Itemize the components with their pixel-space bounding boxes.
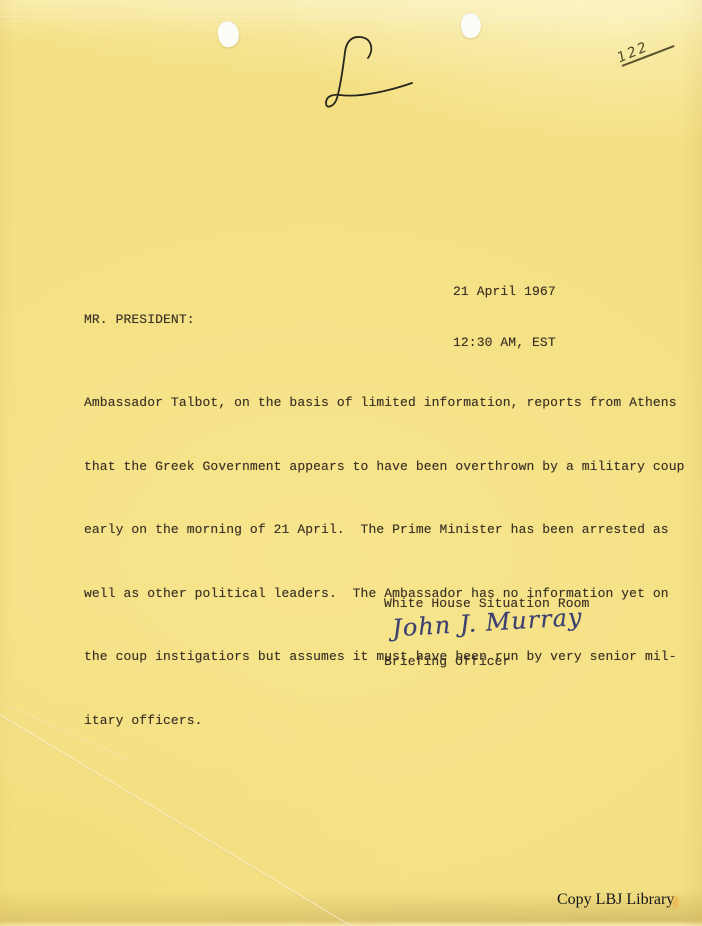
handwritten-l-mark: [300, 30, 420, 120]
memo-page: 122 21 April 1967 12:30 AM, EST MR. PRES…: [0, 0, 702, 926]
salutation: MR. PRESIDENT:: [84, 311, 195, 328]
memo-body: Ambassador Talbot, on the basis of limit…: [84, 360, 685, 776]
top-edge-crease: [0, 16, 702, 18]
time-line: 12:30 AM, EST: [453, 334, 556, 351]
punch-hole-left: [216, 19, 242, 49]
body-line: that the Greek Government appears to hav…: [84, 458, 685, 488]
body-line: early on the morning of 21 April. The Pr…: [84, 521, 685, 551]
page-number-annotation: 122: [615, 30, 673, 68]
body-line: Ambassador Talbot, on the basis of limit…: [84, 394, 685, 424]
ink-smudge: [672, 896, 679, 908]
body-line: itary officers.: [84, 712, 685, 742]
library-copy-stamp: Copy LBJ Library: [557, 891, 674, 909]
date-line: 21 April 1967: [453, 283, 556, 300]
closing-signer-title: Briefing Officer: [384, 653, 510, 670]
